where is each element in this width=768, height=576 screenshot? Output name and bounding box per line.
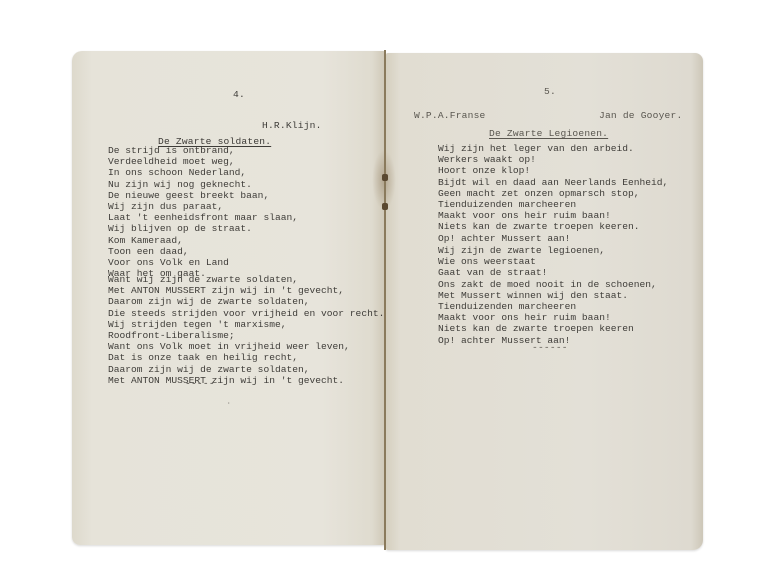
book-spine bbox=[384, 50, 386, 550]
author: H.R.Klijn. bbox=[262, 120, 322, 131]
verse-line: Niets kan de zwarte troepen keeren bbox=[438, 323, 657, 334]
verse-line: Gaat van de straat! bbox=[438, 267, 657, 278]
staple bbox=[382, 203, 388, 210]
verse-line: Wij zijn de zwarte legioenen, bbox=[438, 245, 657, 256]
page-number: 4. bbox=[233, 89, 245, 100]
verse-line: Nu zijn wij nog geknecht. bbox=[108, 179, 298, 190]
verse-line: Met ANTON MUSSERT zijn wij in 't gevecht… bbox=[108, 285, 384, 296]
verse-line: Die steeds strijden voor vrijheid en voo… bbox=[108, 308, 384, 319]
verse-line: Dat is onze taak en heilig recht, bbox=[108, 352, 384, 363]
end-mark: ------ bbox=[532, 342, 568, 353]
ink-dot: · bbox=[227, 398, 231, 409]
verse-line: Wij strijden tegen 't marxisme, bbox=[108, 319, 384, 330]
poem-title: De Zwarte Legioenen. bbox=[489, 128, 608, 139]
verse-line: Bijdt wil en daad aan Neerlands Eenheid, bbox=[438, 177, 668, 188]
verse-line: Ons zakt de moed nooit in de schoenen, bbox=[438, 279, 657, 290]
verse-line: Maakt voor ons heir ruim baan! bbox=[438, 312, 657, 323]
verse-line: Toon een daad, bbox=[108, 246, 298, 257]
stanza-2: Want wij zijn de zwarte soldaten, Met AN… bbox=[108, 274, 384, 386]
verse-line: Kom Kameraad, bbox=[108, 235, 298, 246]
verse-line: Wij zijn het leger van den arbeid. bbox=[438, 143, 668, 154]
stanza-1: Wij zijn het leger van den arbeid. Werke… bbox=[438, 143, 668, 244]
stanza-1: De strijd is ontbrand, Verdeeldheid moet… bbox=[108, 145, 298, 279]
verse-line: Niets kan de zwarte troepen keeren. bbox=[438, 221, 668, 232]
verse-line: Wij blijven op de straat. bbox=[108, 223, 298, 234]
verse-line: Tienduizenden marcheeren bbox=[438, 301, 657, 312]
page-number: 5. bbox=[544, 86, 556, 97]
verse-line: Wie ons weerstaat bbox=[438, 256, 657, 267]
verse-line: De nieuwe geest breekt baan, bbox=[108, 190, 298, 201]
author-right: Jan de Gooyer. bbox=[599, 110, 682, 121]
author-left: W.P.A.Franse bbox=[414, 110, 486, 121]
verse-line: Met ANTON MUSSERT zijn wij in 't gevecht… bbox=[108, 375, 384, 386]
verse-line: Daarom zijn wij de zwarte soldaten, bbox=[108, 296, 384, 307]
verse-line: De strijd is ontbrand, bbox=[108, 145, 298, 156]
right-page: 5. W.P.A.Franse Jan de Gooyer. De Zwarte… bbox=[386, 53, 703, 550]
verse-line: Op! achter Mussert aan! bbox=[438, 233, 668, 244]
verse-line: In ons schoon Nederland, bbox=[108, 167, 298, 178]
verse-line: Werkers waakt op! bbox=[438, 154, 668, 165]
verse-line: Want ons Volk moet in vrijheid weer leve… bbox=[108, 341, 384, 352]
verse-line: Daarom zijn wij de zwarte soldaten, bbox=[108, 364, 384, 375]
end-mark: ----- bbox=[185, 378, 215, 389]
verse-line: Maakt voor ons heir ruim baan! bbox=[438, 210, 668, 221]
staple bbox=[382, 174, 388, 181]
verse-line: Wij zijn dus paraat, bbox=[108, 201, 298, 212]
verse-line: Hoort onze klop! bbox=[438, 165, 668, 176]
verse-line: Voor ons Volk en Land bbox=[108, 257, 298, 268]
verse-line: Roodfront-Liberalisme; bbox=[108, 330, 384, 341]
open-booklet: 4. H.R.Klijn. De Zwarte soldaten. De str… bbox=[0, 0, 768, 576]
stanza-2: Wij zijn de zwarte legioenen, Wie ons we… bbox=[438, 245, 657, 346]
verse-line: Laat 't eenheidsfront maar slaan, bbox=[108, 212, 298, 223]
verse-line: Verdeeldheid moet weg, bbox=[108, 156, 298, 167]
verse-line: Geen macht zet onzen opmarsch stop, bbox=[438, 188, 668, 199]
verse-line: Met Mussert winnen wij den staat. bbox=[438, 290, 657, 301]
left-page: 4. H.R.Klijn. De Zwarte soldaten. De str… bbox=[72, 51, 385, 545]
verse-line: Want wij zijn de zwarte soldaten, bbox=[108, 274, 384, 285]
verse-line: Tienduizenden marcheeren bbox=[438, 199, 668, 210]
